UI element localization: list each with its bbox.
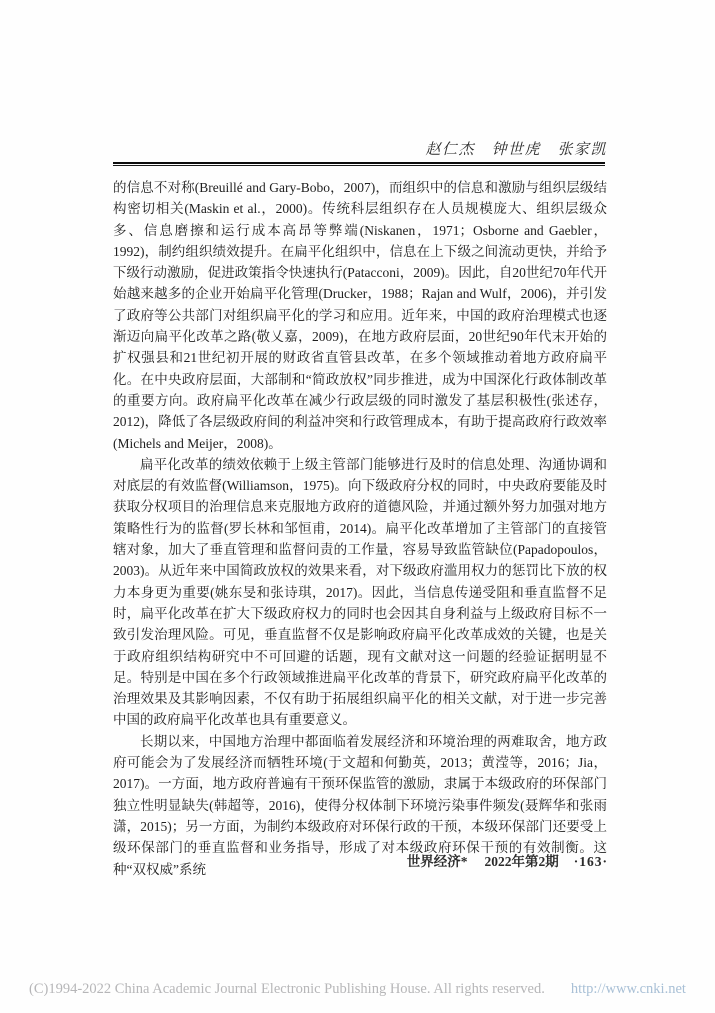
watermark-text: (C)1994-2022 China Academic Journal Elec… xyxy=(29,981,545,997)
footer-journal-name: 世界经济 xyxy=(407,854,461,869)
body-paragraph-1: 的信息不对称(Breuillé and Gary-Bobo，2007)，而组织中… xyxy=(113,177,607,454)
header-rule xyxy=(113,162,605,166)
copyright-watermark: (C)1994-2022 China Academic Journal Elec… xyxy=(29,981,686,998)
footer-issue: 2022年第2期 xyxy=(484,854,558,869)
header-authors: 赵仁杰 钟世虎 张家凯 xyxy=(425,138,607,159)
body-paragraph-2: 扁平化改革的绩效依赖于上级主管部门能够进行及时的信息处理、沟通协调和对底层的有效… xyxy=(113,454,607,731)
footer-page-number: ·163· xyxy=(574,854,608,869)
article-body: 的信息不对称(Breuillé and Gary-Bobo，2007)，而组织中… xyxy=(113,177,607,880)
footer-star: * xyxy=(461,854,468,869)
watermark-url: http://www.cnki.net xyxy=(571,981,686,997)
page-footer: 世界经济*2022年第2期·163· xyxy=(407,850,608,870)
journal-page: 赵仁杰 钟世虎 张家凯 的信息不对称(Breuillé and Gary-Bob… xyxy=(0,0,715,1013)
